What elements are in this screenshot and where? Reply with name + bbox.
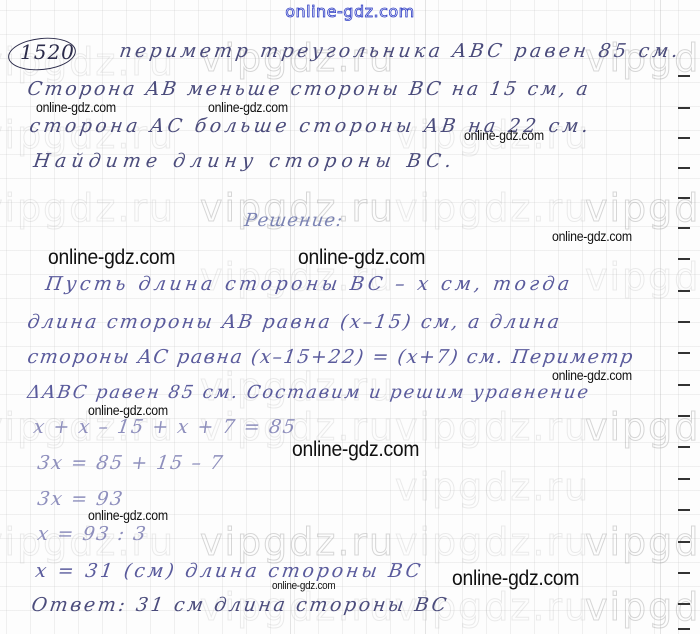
solution-heading: Решение: bbox=[243, 210, 345, 231]
watermark-online-gdz: online-gdz.com bbox=[552, 228, 632, 244]
watermark-online-gdz: online-gdz.com bbox=[298, 246, 425, 270]
problem-line: Сторона AB меньше стороны BC на 15 см, а bbox=[26, 78, 592, 100]
watermark-online-gdz: online-gdz.com bbox=[36, 99, 116, 115]
solution-line: стороны AC равна (x–15+22) = (x+7) см. П… bbox=[26, 346, 636, 368]
margin-dash bbox=[678, 415, 690, 417]
margin-dash bbox=[678, 384, 690, 386]
watermark-vipgdz: vipgdz.ru bbox=[0, 186, 175, 230]
watermark-vipgdz: vipgdz.ru bbox=[395, 465, 590, 509]
notebook-page: vipgdz.ru vipgdz.ru vipgdz.ru vipgdz.ru … bbox=[0, 0, 700, 634]
watermark-vipgdz: vipgdz.ru bbox=[395, 405, 590, 449]
problem-line: периметр треугольника ABC равен 85 см. bbox=[118, 40, 683, 62]
watermark-vipgdz: vipgdz.ru bbox=[395, 186, 590, 230]
watermark-online-gdz: online-gdz.com bbox=[208, 99, 288, 115]
margin-dash bbox=[678, 167, 690, 169]
watermark-online-gdz: online-gdz.com bbox=[88, 507, 168, 523]
header-watermark: online-gdz.com bbox=[0, 2, 700, 21]
watermark-online-gdz: online-gdz.com bbox=[272, 580, 335, 592]
equation-line: 3x = 85 + 15 – 7 bbox=[36, 452, 226, 474]
watermark-vipgdz: vipgdz.ru bbox=[585, 585, 700, 629]
margin-dash bbox=[678, 137, 690, 139]
margin-dash bbox=[678, 509, 690, 511]
watermark-online-gdz: online-gdz.com bbox=[452, 567, 579, 591]
margin-dash bbox=[678, 197, 690, 199]
watermark-vipgdz: vipgdz.ru bbox=[585, 255, 700, 299]
watermark-online-gdz: online-gdz.com bbox=[292, 438, 419, 462]
watermark-online-gdz: online-gdz.com bbox=[48, 246, 175, 270]
watermark-vipgdz: vipgdz.ru bbox=[585, 405, 700, 449]
margin-dash bbox=[678, 75, 690, 77]
margin-dash bbox=[678, 446, 690, 448]
margin-dash bbox=[678, 227, 690, 229]
problem-line: Найдите длину стороны BC. bbox=[32, 150, 458, 172]
watermark-vipgdz: vipgdz.ru bbox=[395, 520, 590, 564]
margin-dash bbox=[678, 572, 690, 574]
solution-result-line: x = 31 (см) длина стороны BC bbox=[34, 560, 425, 582]
watermark-vipgdz: vipgdz.ru bbox=[200, 520, 395, 564]
equation-line: x = 93 : 3 bbox=[36, 523, 149, 545]
watermark-online-gdz: online-gdz.com bbox=[464, 127, 544, 143]
watermark-online-gdz: online-gdz.com bbox=[88, 402, 168, 418]
margin-dash bbox=[678, 258, 690, 260]
equation-line: x + x – 15 + x + 7 = 85 bbox=[32, 416, 298, 438]
margin-dash bbox=[678, 478, 690, 480]
margin-dash bbox=[678, 603, 690, 605]
solution-line: Пусть длина стороны BC – x см, тогда bbox=[44, 273, 574, 295]
solution-line: ΔABC равен 85 см. Составим и решим уравн… bbox=[26, 382, 591, 403]
watermark-online-gdz: online-gdz.com bbox=[552, 367, 632, 383]
answer-line: Ответ: 31 см длина стороны BC bbox=[30, 594, 450, 616]
margin-dash bbox=[678, 107, 690, 109]
solution-line: длина стороны AB равна (x–15) см, а длин… bbox=[26, 311, 563, 333]
margin-dash bbox=[678, 321, 690, 323]
problem-number: 1520 bbox=[20, 40, 75, 64]
margin-dash bbox=[678, 628, 690, 630]
margin-dash bbox=[678, 290, 690, 292]
watermark-vipgdz: vipgdz.ru bbox=[585, 186, 700, 230]
margin-dash bbox=[678, 352, 690, 354]
margin-dash bbox=[678, 541, 690, 543]
